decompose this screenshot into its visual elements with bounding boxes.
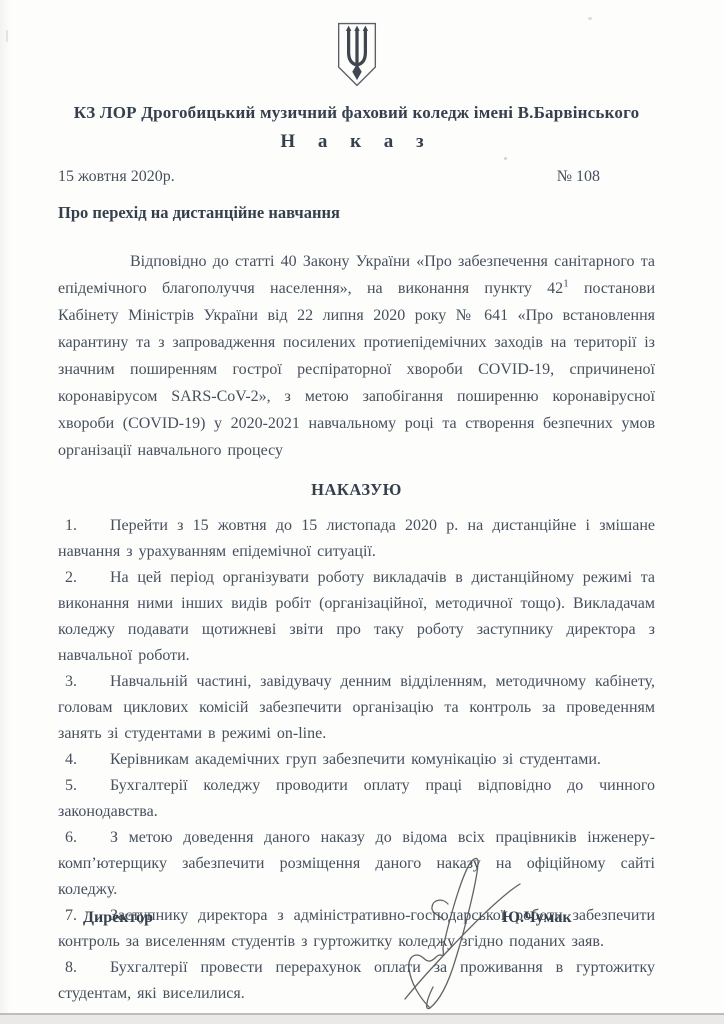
order-item: 6.З метою доведення даного наказу до від… xyxy=(58,825,655,903)
document-title: Н а к а з xyxy=(58,131,655,153)
document-meta: 15 жовтня 2020р. № 108 xyxy=(58,168,655,186)
order-item-number: 6. xyxy=(58,825,110,851)
order-item-text: На цей період організувати роботу виклад… xyxy=(58,569,655,664)
order-item-text: Бухгалтерії коледжу проводити оплату пра… xyxy=(58,777,655,820)
order-item-text: Перейти з 15 жовтня до 15 листопада 2020… xyxy=(58,517,655,560)
document-body: КЗ ЛОР Дрогобицький музичний фаховий кол… xyxy=(58,0,655,1007)
order-word: НАКАЗУЮ xyxy=(58,480,655,500)
order-item: 8.Бухгалтерії провести перерахунок оплат… xyxy=(58,955,655,1007)
scan-bottom-edge xyxy=(0,1013,724,1024)
order-item: 3.Навчальній частині, завідувачу денним … xyxy=(58,669,655,747)
order-item-text: Керівникам академічних груп забезпечити … xyxy=(110,751,601,768)
institution-name: КЗ ЛОР Дрогобицький музичний фаховий кол… xyxy=(58,103,655,123)
order-item-text: Бухгалтерії провести перерахунок оплати … xyxy=(58,959,655,1002)
order-item-number: 2. xyxy=(58,565,110,591)
preamble-paragraph: Відповідно до статті 40 Закону України «… xyxy=(58,248,655,464)
coat-of-arms-icon xyxy=(336,22,378,93)
preamble-text-after-superscript: постанови Кабінету Міністрів України від… xyxy=(58,280,655,459)
order-item-number: 5. xyxy=(58,773,110,799)
order-item-number: 1. xyxy=(58,513,110,539)
signature-row: Директор Ю.Чумак xyxy=(0,903,724,933)
director-signature xyxy=(381,845,527,1020)
document-number: № 108 xyxy=(557,168,600,186)
scanned-order-document: КЗ ЛОР Дрогобицький музичний фаховий кол… xyxy=(0,0,724,1024)
order-item-number: 4. xyxy=(58,747,110,773)
order-item: 5.Бухгалтерії коледжу проводити оплату п… xyxy=(58,773,655,825)
scan-artifact xyxy=(6,30,8,42)
document-date: 15 жовтня 2020р. xyxy=(58,168,175,186)
order-item-number: 3. xyxy=(58,669,110,695)
document-subject: Про перехід на дистанційне навчання xyxy=(58,203,655,223)
order-item: 2.На цей період організувати роботу викл… xyxy=(58,565,655,669)
order-item-text: З метою доведення даного наказу до відом… xyxy=(58,829,655,898)
preamble-text-before-superscript: Відповідно до статті 40 Закону України «… xyxy=(58,253,655,297)
order-item: 4.Керівникам академічних груп забезпечит… xyxy=(58,747,655,773)
signer-role: Директор xyxy=(83,909,153,927)
order-item-number: 8. xyxy=(58,955,110,981)
order-item: 1.Перейти з 15 жовтня до 15 листопада 20… xyxy=(58,513,655,565)
scan-left-shading xyxy=(0,0,10,1024)
order-item-text: Навчальній частині, завідувачу денним ві… xyxy=(58,673,655,742)
